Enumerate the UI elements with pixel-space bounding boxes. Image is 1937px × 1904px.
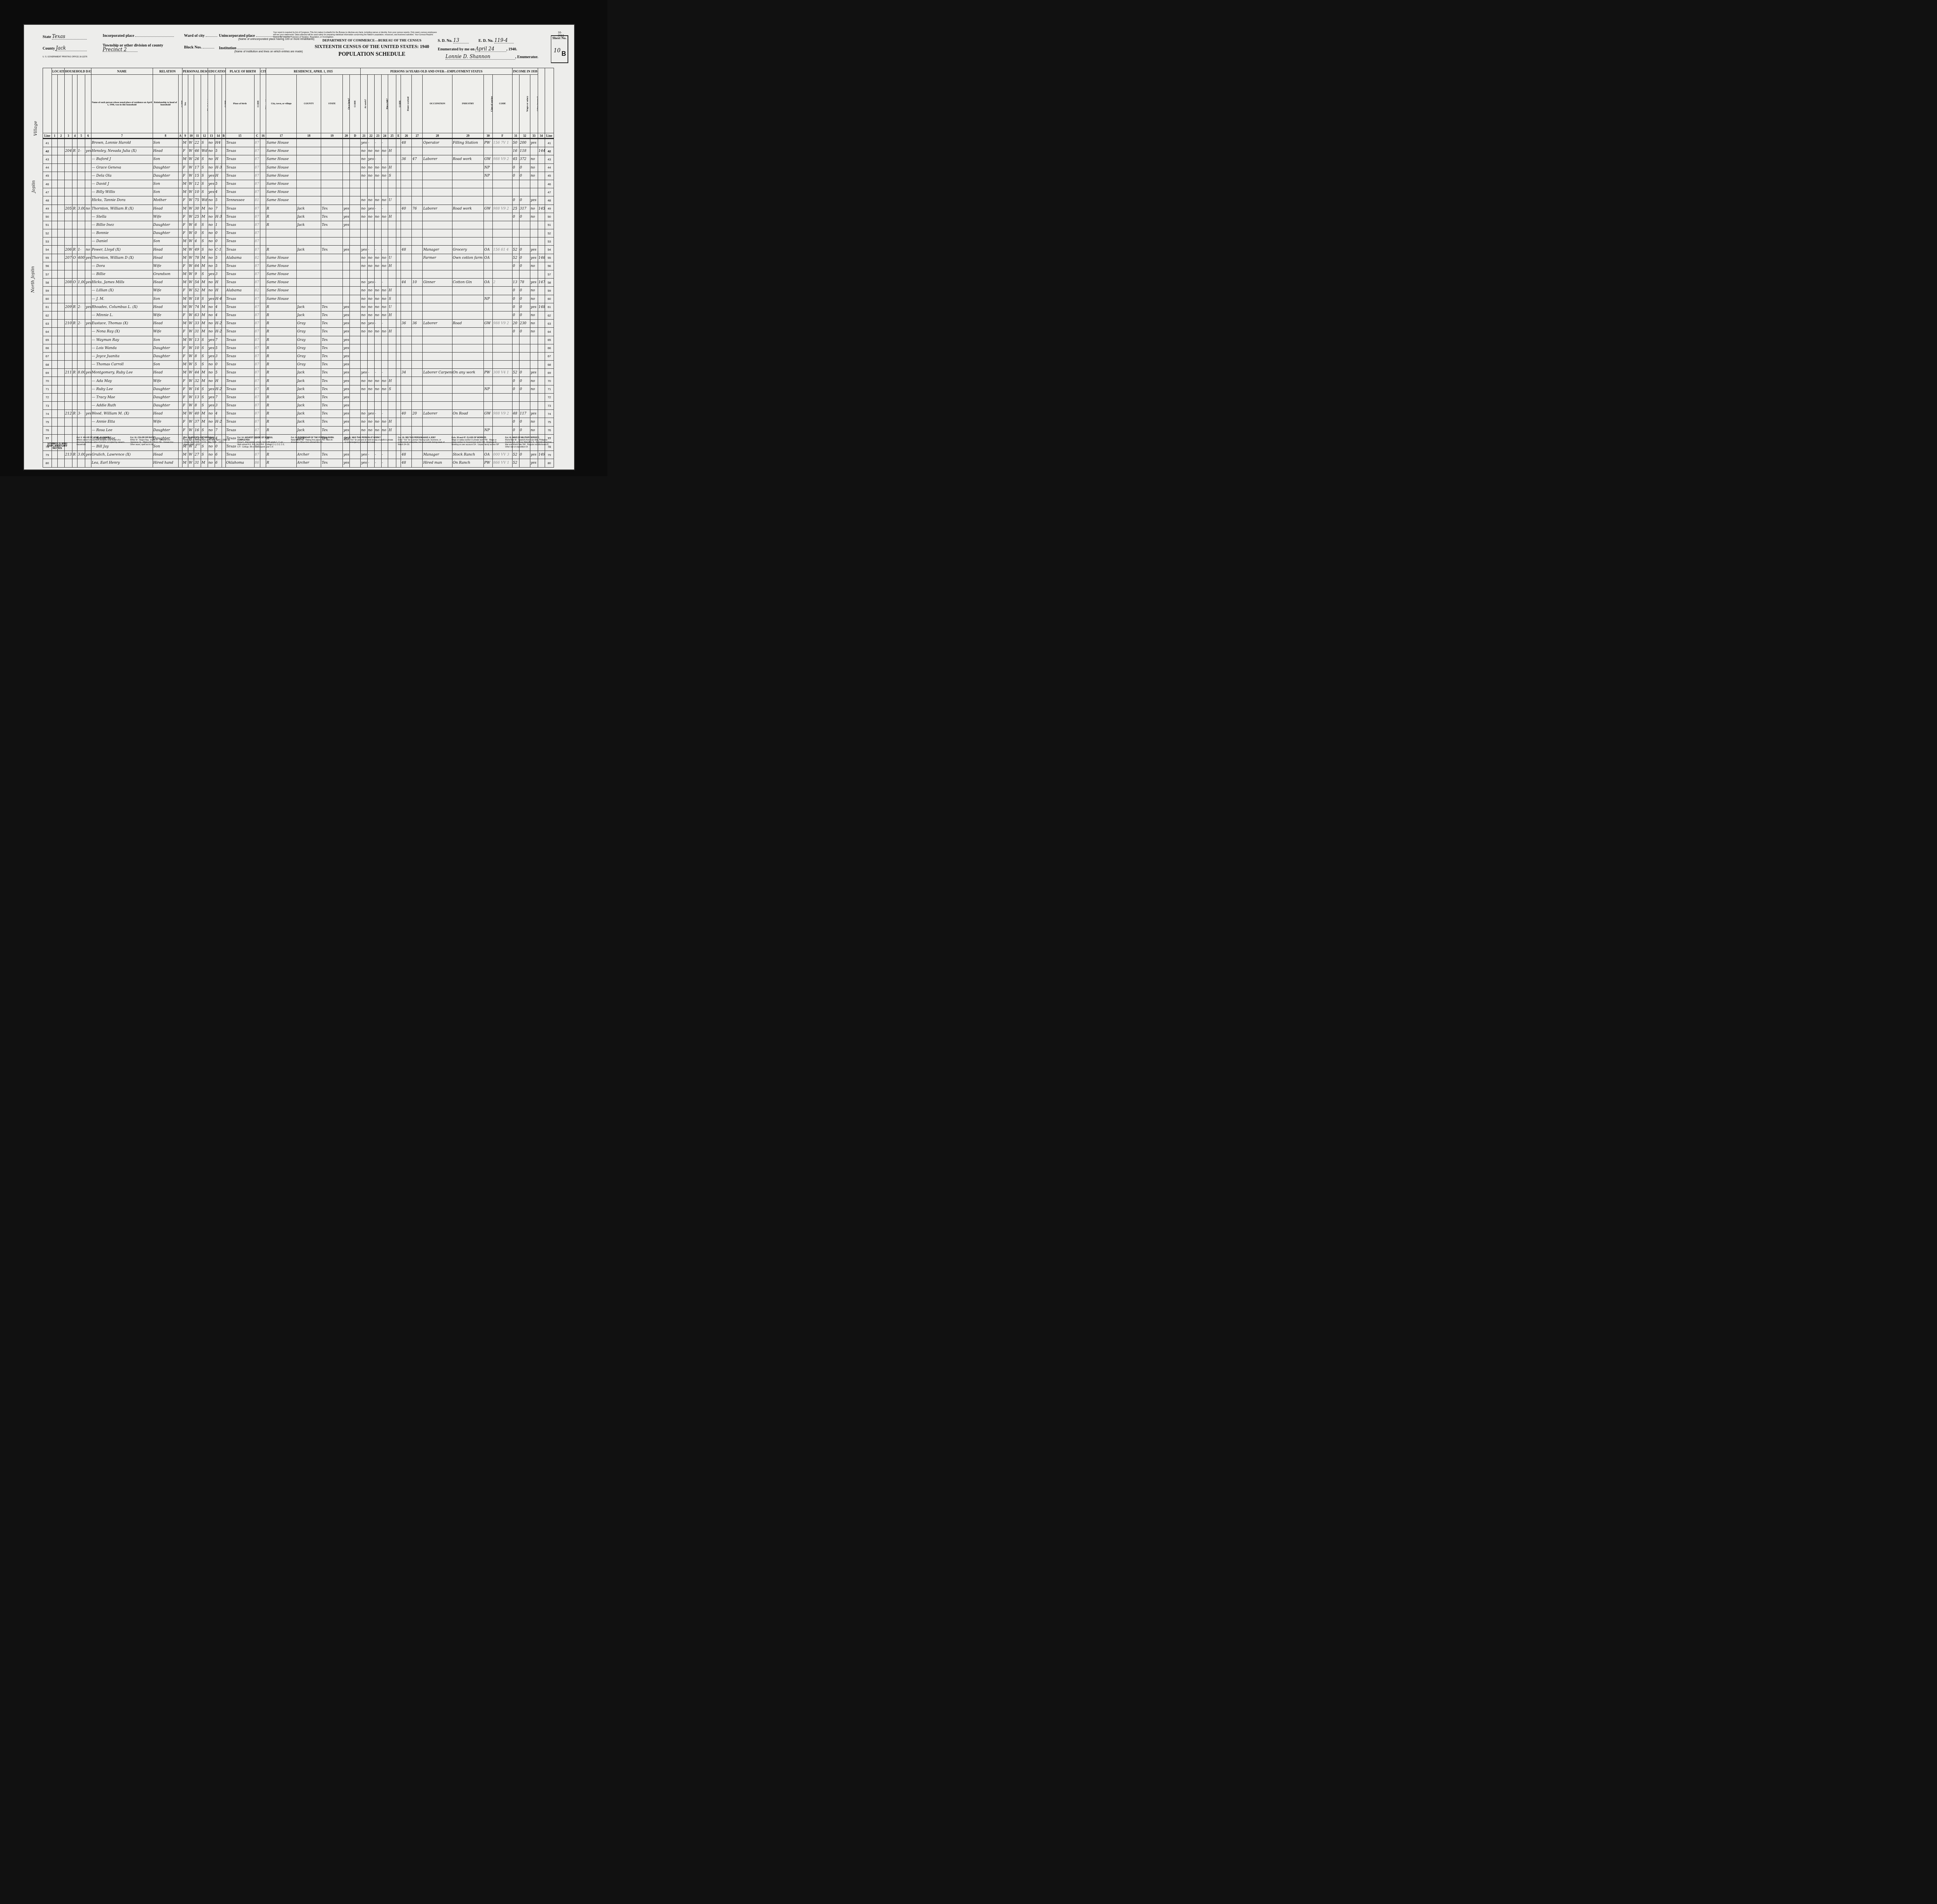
cell-seek: no bbox=[374, 377, 381, 385]
cell-job bbox=[381, 188, 388, 196]
cell-race: W bbox=[188, 311, 194, 319]
cell-wages: 0 bbox=[519, 262, 530, 270]
ed-field: E. D. No. 119-4 bbox=[478, 38, 514, 43]
cell-blank bbox=[222, 402, 225, 410]
cell-oth: no bbox=[530, 418, 538, 426]
line-number: 41 bbox=[43, 139, 52, 147]
cell-farm_sch bbox=[538, 336, 545, 344]
cell-race: W bbox=[188, 361, 194, 369]
cell-hours bbox=[401, 221, 412, 229]
cell-code_f: 156 7V 1 bbox=[492, 139, 512, 147]
cell-other bbox=[388, 246, 396, 254]
cell-hours bbox=[401, 262, 412, 270]
cell-bcode: 87 bbox=[254, 147, 260, 155]
cell-at_work: no bbox=[361, 147, 368, 155]
cell-value: 8.00 bbox=[77, 369, 85, 377]
cell-hours bbox=[401, 163, 412, 172]
cell-other: U bbox=[388, 303, 396, 311]
cell-wages: 0 bbox=[519, 163, 530, 172]
cell-weeks bbox=[512, 180, 519, 188]
census-row-line-44: 44— Grace GenevaDaughterFW17SnoH-3Texas8… bbox=[43, 163, 554, 172]
cell-res20 bbox=[343, 155, 350, 163]
cell-farm bbox=[85, 385, 91, 393]
cell-other bbox=[388, 205, 396, 213]
cell-value bbox=[77, 393, 85, 401]
cell-hours bbox=[401, 303, 412, 311]
cell-sex: F bbox=[182, 426, 188, 434]
cell-age: 16 bbox=[194, 385, 201, 393]
cell-blank bbox=[52, 172, 57, 180]
cell-blank bbox=[52, 205, 57, 213]
cell-rel: Daughter bbox=[153, 385, 178, 393]
cell-weeks: 0 bbox=[512, 377, 519, 385]
cell-rel: Hired hand bbox=[153, 459, 178, 467]
cell-farm bbox=[85, 221, 91, 229]
col-num-27: 23 bbox=[374, 133, 381, 139]
cell-blank bbox=[396, 295, 401, 303]
cell-farm_sch bbox=[538, 180, 545, 188]
sheet-side: B bbox=[561, 51, 566, 58]
cell-race: W bbox=[188, 229, 194, 237]
schedule-title: POPULATION SCHEDULE bbox=[329, 52, 415, 58]
cell-weeks: 0 bbox=[512, 311, 519, 319]
line-number: 71 bbox=[545, 385, 554, 393]
cell-oth: yes bbox=[530, 196, 538, 205]
cell-name: — Grace Geneva bbox=[91, 163, 153, 172]
cell-bplace: Texas bbox=[225, 369, 254, 377]
census-page: State Texas County Jack Incorporated pla… bbox=[43, 29, 566, 463]
cell-value bbox=[77, 180, 85, 188]
cell-wages bbox=[519, 237, 530, 246]
cell-blank bbox=[52, 402, 57, 410]
cell-res19: Tex bbox=[321, 410, 343, 418]
cell-sch: no bbox=[208, 262, 215, 270]
cell-sch: yes bbox=[208, 344, 215, 352]
cell-race: W bbox=[188, 393, 194, 401]
col-num-33: 28 bbox=[423, 133, 452, 139]
cell-wages: 0 bbox=[519, 295, 530, 303]
cell-visit bbox=[64, 344, 72, 352]
cell-at_work bbox=[361, 229, 368, 237]
col-num-32: 27 bbox=[412, 133, 423, 139]
state-value: Texas bbox=[52, 34, 87, 40]
cell-blank bbox=[350, 402, 361, 410]
cell-hours bbox=[401, 287, 412, 295]
line-number: 56 bbox=[43, 262, 52, 270]
cell-sch: no bbox=[208, 213, 215, 221]
cell-res18 bbox=[296, 196, 321, 205]
cell-race: W bbox=[188, 352, 194, 360]
cell-ind bbox=[452, 188, 483, 196]
cell-grade: 1 bbox=[215, 221, 222, 229]
cell-res20: yes bbox=[343, 205, 350, 213]
cell-sch: no bbox=[208, 229, 215, 237]
cell-cls bbox=[484, 418, 493, 426]
cell-mar: S bbox=[201, 155, 208, 163]
cell-rel: Daughter bbox=[153, 344, 178, 352]
note-text: Enter age of children born on or after A… bbox=[184, 439, 232, 446]
sheet-number: 10 bbox=[554, 48, 561, 54]
line-number: 55 bbox=[545, 254, 554, 262]
incorporated-place-field: Incorporated place bbox=[103, 34, 174, 38]
cell-blank bbox=[396, 426, 401, 434]
cell-mar: S bbox=[201, 180, 208, 188]
cell-ind bbox=[452, 180, 483, 188]
cell-blank bbox=[178, 328, 182, 336]
cell-wages bbox=[519, 393, 530, 401]
cell-sch: yes bbox=[208, 393, 215, 401]
cell-blank bbox=[396, 402, 401, 410]
cell-farm_sch bbox=[538, 196, 545, 205]
cell-blank bbox=[222, 196, 225, 205]
cell-seek: no bbox=[374, 262, 381, 270]
cell-own bbox=[72, 172, 77, 180]
cell-farm_sch bbox=[538, 410, 545, 418]
cell-blank bbox=[350, 459, 361, 467]
col-num-30: E bbox=[396, 133, 401, 139]
cell-dur: 36 bbox=[412, 320, 423, 328]
cell-blank bbox=[52, 246, 57, 254]
cell-blank bbox=[222, 303, 225, 311]
cell-visit: 205 bbox=[64, 205, 72, 213]
cell-res20: yes bbox=[343, 303, 350, 311]
cell-mar: Wd bbox=[201, 147, 208, 155]
cell-emerg: no bbox=[368, 172, 375, 180]
cell-emerg bbox=[368, 188, 375, 196]
cell-blank bbox=[260, 402, 266, 410]
cell-bplace: Texas bbox=[225, 393, 254, 401]
cell-bplace: Texas bbox=[225, 172, 254, 180]
census-row-line-67: 67— Joyce JuanitaDaughterFW8Syes3Texas87… bbox=[43, 352, 554, 360]
cell-blank bbox=[58, 139, 65, 147]
cell-code_f bbox=[492, 402, 512, 410]
cell-job: - bbox=[381, 369, 388, 377]
cell-own bbox=[72, 287, 77, 295]
cell-sch: no bbox=[208, 361, 215, 369]
cell-blank bbox=[222, 385, 225, 393]
cell-bcode: 87 bbox=[254, 205, 260, 213]
cell-res20 bbox=[343, 254, 350, 262]
cell-res18: Jack bbox=[296, 213, 321, 221]
cell-blank bbox=[260, 352, 266, 360]
cell-weeks: 45 bbox=[512, 155, 519, 163]
cell-dur bbox=[412, 213, 423, 221]
cell-sex: F bbox=[182, 328, 188, 336]
cell-wages: 0 bbox=[519, 213, 530, 221]
cell-bcode: 87 bbox=[254, 402, 260, 410]
line-number: 57 bbox=[43, 270, 52, 279]
cell-visit bbox=[64, 237, 72, 246]
cell-cls bbox=[484, 311, 493, 319]
cell-age: 46 bbox=[194, 147, 201, 155]
cell-job: no bbox=[381, 295, 388, 303]
cell-at_work bbox=[361, 361, 368, 369]
cell-sex: M bbox=[182, 369, 188, 377]
cell-res18 bbox=[296, 163, 321, 172]
cell-name: — Addie Ruth bbox=[91, 402, 153, 410]
note-text: World War W · Spanish-American War, Phil… bbox=[505, 439, 554, 448]
line-number: 68 bbox=[545, 361, 554, 369]
cell-blank bbox=[222, 180, 225, 188]
explanatory-notes: SYMBOLS AND EXPLANATORY NOTES Col. 5. VA… bbox=[43, 437, 554, 460]
cell-cls bbox=[484, 361, 493, 369]
cell-other bbox=[388, 237, 396, 246]
cell-other: U bbox=[388, 254, 396, 262]
cell-rel: Head bbox=[153, 303, 178, 311]
cell-blank bbox=[260, 287, 266, 295]
cell-res18: Jack bbox=[296, 426, 321, 434]
cell-res17: R bbox=[266, 336, 297, 344]
cell-visit bbox=[64, 155, 72, 163]
cell-farm_sch bbox=[538, 377, 545, 385]
cell-seek: no bbox=[374, 254, 381, 262]
cell-wages: 200 bbox=[519, 139, 530, 147]
cell-job: no bbox=[381, 311, 388, 319]
line-number: 42 bbox=[43, 147, 52, 155]
cell-value bbox=[77, 188, 85, 196]
group-education: EDUCATION bbox=[208, 68, 226, 75]
cell-farm bbox=[85, 377, 91, 385]
cell-visit bbox=[64, 172, 72, 180]
cell-blank bbox=[260, 180, 266, 188]
cell-res20: yes bbox=[343, 393, 350, 401]
cell-blank bbox=[178, 344, 182, 352]
cell-name: — Billie Inez bbox=[91, 221, 153, 229]
cell-wages: 78 bbox=[519, 279, 530, 287]
cell-mar: S bbox=[201, 229, 208, 237]
cell-blank bbox=[396, 459, 401, 467]
cell-blank bbox=[178, 147, 182, 155]
cell-blank bbox=[222, 163, 225, 172]
cell-occ bbox=[423, 377, 452, 385]
cell-farm_sch bbox=[538, 221, 545, 229]
cell-sch: no bbox=[208, 328, 215, 336]
cell-blank bbox=[350, 311, 361, 319]
cell-res18: Jack bbox=[296, 410, 321, 418]
cell-cls bbox=[484, 336, 493, 344]
cell-blank bbox=[52, 352, 57, 360]
note-item: Col. 41. WAR OR MILITARY SERVICE:World W… bbox=[505, 437, 554, 460]
cell-blank bbox=[222, 237, 225, 246]
cell-oth bbox=[530, 344, 538, 352]
cell-grade: 5 bbox=[215, 254, 222, 262]
col-num-8: 8 bbox=[153, 133, 178, 139]
cell-sch: no bbox=[208, 459, 215, 467]
cell-blank bbox=[178, 418, 182, 426]
cell-race: W bbox=[188, 336, 194, 344]
cell-code_f bbox=[492, 270, 512, 279]
cell-blank bbox=[58, 262, 65, 270]
line-number: 50 bbox=[545, 213, 554, 221]
cell-occ bbox=[423, 270, 452, 279]
line-number: 76 bbox=[545, 426, 554, 434]
cell-blank bbox=[260, 147, 266, 155]
cell-blank bbox=[222, 205, 225, 213]
cell-rel: Daughter bbox=[153, 221, 178, 229]
cell-weeks bbox=[512, 188, 519, 196]
cell-visit bbox=[64, 270, 72, 279]
cell-sex: M bbox=[182, 279, 188, 287]
cell-blank bbox=[178, 163, 182, 172]
cell-blank bbox=[260, 385, 266, 393]
cell-race: W bbox=[188, 270, 194, 279]
cell-res20: yes bbox=[343, 328, 350, 336]
cell-sex: F bbox=[182, 311, 188, 319]
cell-seek: no bbox=[374, 287, 381, 295]
cell-sex: M bbox=[182, 336, 188, 344]
cell-blank bbox=[350, 279, 361, 287]
cell-code_f bbox=[492, 262, 512, 270]
cell-grade: 5 bbox=[215, 344, 222, 352]
cell-blank bbox=[396, 205, 401, 213]
cell-weeks: 48 bbox=[512, 410, 519, 418]
cell-code_f: 988 V9 2 bbox=[492, 410, 512, 418]
cell-name: — Lois Wanda bbox=[91, 344, 153, 352]
cell-grade: H-3 bbox=[215, 213, 222, 221]
cell-dur bbox=[412, 139, 423, 147]
cell-blank bbox=[222, 254, 225, 262]
cell-blank bbox=[350, 213, 361, 221]
cell-farm: yes bbox=[85, 410, 91, 418]
cell-sch: no bbox=[208, 369, 215, 377]
cell-value bbox=[77, 270, 85, 279]
col-num-1: 1 bbox=[52, 133, 57, 139]
cell-oth: no bbox=[530, 172, 538, 180]
cell-own bbox=[72, 352, 77, 360]
cell-value: 2- bbox=[77, 303, 85, 311]
cell-value bbox=[77, 287, 85, 295]
sd-value: 13 bbox=[453, 38, 469, 43]
cell-seek bbox=[374, 229, 381, 237]
cell-grade: 4 bbox=[215, 188, 222, 196]
group-residence: RESIDENCE, APRIL 1, 1935 bbox=[266, 68, 361, 75]
cell-bcode: 87 bbox=[254, 262, 260, 270]
cell-job: - bbox=[381, 139, 388, 147]
cell-farm bbox=[85, 361, 91, 369]
col-num-3: 3 bbox=[64, 133, 72, 139]
cell-mar: M bbox=[201, 320, 208, 328]
cell-name: Thornton, William R (X) bbox=[91, 205, 153, 213]
cell-code_f: 308 V4 1 bbox=[492, 369, 512, 377]
census-title: SIXTEENTH CENSUS OF THE UNITED STATES: 1… bbox=[314, 44, 430, 50]
cell-blank bbox=[222, 418, 225, 426]
cell-farm: yes bbox=[85, 369, 91, 377]
cell-rel: Daughter bbox=[153, 229, 178, 237]
cell-job: no bbox=[381, 303, 388, 311]
cell-blank bbox=[58, 377, 65, 385]
col-7-header: Name of each person whose usual place of… bbox=[91, 75, 153, 133]
sheet-number-box: Sheet No. 10 B bbox=[551, 35, 568, 63]
census-row-line-45: 45— Dela OlaDaughterFW15SyesHTexas87Same… bbox=[43, 172, 554, 180]
census-row-line-75: 75— Annie EttaWifeFW37MnoH-2Texas87RJack… bbox=[43, 418, 554, 426]
cell-blank bbox=[178, 402, 182, 410]
cell-sex: F bbox=[182, 172, 188, 180]
col-num-4: 4 bbox=[72, 133, 77, 139]
cell-blank bbox=[222, 361, 225, 369]
group-name: NAME bbox=[91, 68, 153, 75]
cell-wages bbox=[519, 270, 530, 279]
cell-blank bbox=[178, 270, 182, 279]
cell-blank bbox=[58, 155, 65, 163]
cell-emerg: no bbox=[368, 213, 375, 221]
cell-res17: Same House bbox=[266, 262, 297, 270]
cell-ind bbox=[452, 311, 483, 319]
cell-blank bbox=[58, 287, 65, 295]
cell-occ bbox=[423, 188, 452, 196]
group-relation: RELATION bbox=[153, 68, 182, 75]
cell-blank bbox=[260, 426, 266, 434]
cell-sex: F bbox=[182, 213, 188, 221]
cell-blank bbox=[222, 344, 225, 352]
cell-grade: H bbox=[215, 172, 222, 180]
cell-res19: Tex bbox=[321, 393, 343, 401]
cell-grade: 5 bbox=[215, 196, 222, 205]
cell-wages: 0 bbox=[519, 418, 530, 426]
cell-other: H bbox=[388, 213, 396, 221]
cell-res17: Same House bbox=[266, 155, 297, 163]
cell-own bbox=[72, 237, 77, 246]
cell-other: H bbox=[388, 147, 396, 155]
cell-hours bbox=[401, 393, 412, 401]
cell-age: 31 bbox=[194, 328, 201, 336]
cell-cls: NP bbox=[484, 163, 493, 172]
cell-at_work: no bbox=[361, 418, 368, 426]
cell-visit bbox=[64, 418, 72, 426]
cell-at_work: no bbox=[361, 426, 368, 434]
cell-oth: yes bbox=[530, 369, 538, 377]
cell-mar: S bbox=[201, 426, 208, 434]
cell-code_f: 988 V9 2 bbox=[492, 155, 512, 163]
census-row-line-64: 64— Nona Ray (X)WifeFW31MnoH-2Texas87RGr… bbox=[43, 328, 554, 336]
cell-oth bbox=[530, 352, 538, 360]
cell-res19: Tex bbox=[321, 221, 343, 229]
cell-wages: 0 bbox=[519, 369, 530, 377]
group-employment: PERSONS 14 YEARS OLD AND OVER—EMPLOYMENT… bbox=[361, 68, 513, 75]
cell-blank bbox=[350, 254, 361, 262]
cell-name: Thornton, William D (X) bbox=[91, 254, 153, 262]
cell-res20: yes bbox=[343, 385, 350, 393]
cell-emerg bbox=[368, 402, 375, 410]
cell-race: W bbox=[188, 303, 194, 311]
cell-blank bbox=[58, 352, 65, 360]
cell-bplace: Texas bbox=[225, 147, 254, 155]
cell-blank bbox=[178, 426, 182, 434]
cell-res17: Same House bbox=[266, 147, 297, 155]
line-number: 44 bbox=[545, 163, 554, 172]
cell-blank bbox=[52, 213, 57, 221]
cell-blank bbox=[396, 369, 401, 377]
cell-visit bbox=[64, 328, 72, 336]
cell-at_work bbox=[361, 393, 368, 401]
cell-blank bbox=[58, 410, 65, 418]
cell-code_f bbox=[492, 344, 512, 352]
cell-dur bbox=[412, 352, 423, 360]
line-number: 58 bbox=[43, 279, 52, 287]
cell-mar: S bbox=[201, 172, 208, 180]
cell-grade: 4 bbox=[215, 303, 222, 311]
cell-value bbox=[77, 344, 85, 352]
cell-farm_sch bbox=[538, 385, 545, 393]
cell-hours bbox=[401, 188, 412, 196]
cell-occ: Operator bbox=[423, 139, 452, 147]
cell-at_work: no bbox=[361, 196, 368, 205]
cell-own: R bbox=[72, 205, 77, 213]
cell-rel: Daughter bbox=[153, 402, 178, 410]
cell-ind bbox=[452, 147, 483, 155]
cell-seek: no bbox=[374, 172, 381, 180]
cell-res20: yes bbox=[343, 402, 350, 410]
cell-hours bbox=[401, 196, 412, 205]
